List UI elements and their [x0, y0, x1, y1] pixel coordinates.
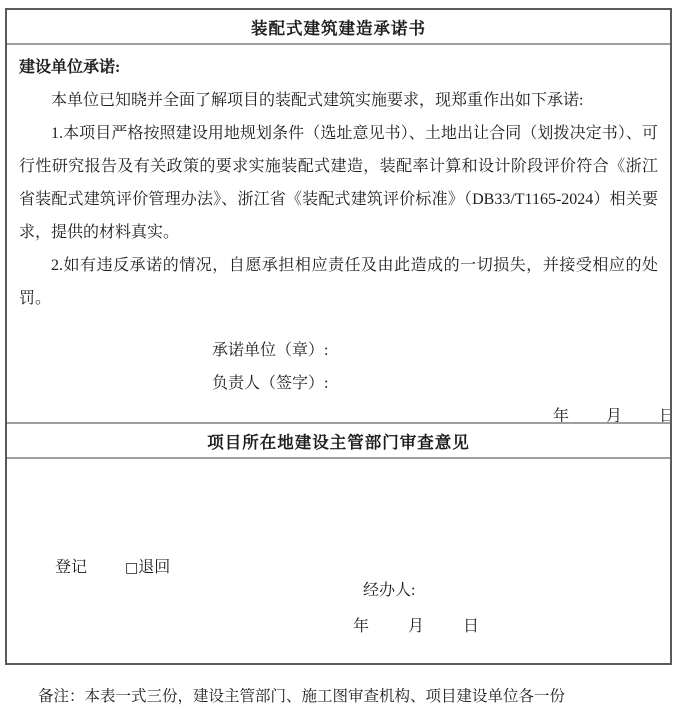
document-page: 装配式建筑建造承诺书 建设单位承诺: 本单位已知晓并全面了解项目的装配式建筑实施… [0, 0, 683, 720]
commitment-item-2: 2.如有违反承诺的情况，自愿承担相应责任及由此造成的一切损失，并接受相应的处罚。 [19, 249, 658, 315]
year-label: 年 [353, 615, 369, 639]
return-option: □退回 [125, 559, 170, 576]
footnote: 备注：本表一式三份，建设主管部门、施工图审查机构、项目建设单位各一份 [38, 686, 565, 708]
commitment-intro: 本单位已知晓并全面了解项目的装配式建筑实施要求，现郑重作出如下承诺: [19, 84, 658, 117]
commitment-date-line: 年 月 日 [212, 400, 658, 424]
month-label: 月 [408, 615, 424, 639]
signature-block: 承诺单位（章）: 负责人（签字）: 年 月 日 [19, 334, 658, 424]
review-section: 登记□退回 经办人: 年 月 日 [7, 459, 670, 663]
commitment-heading: 建设单位承诺: [19, 51, 658, 84]
register-label: 登记 [55, 559, 87, 576]
review-date-line: 年 月 日 [353, 615, 479, 639]
return-label: 退回 [138, 559, 170, 576]
month-label: 月 [606, 400, 622, 424]
commitment-form-table: 装配式建筑建造承诺书 建设单位承诺: 本单位已知晓并全面了解项目的装配式建筑实施… [5, 8, 672, 665]
year-label: 年 [553, 400, 569, 424]
register-return-line: 登记□退回 [55, 556, 170, 580]
review-section-heading: 项目所在地建设主管部门审查意见 [7, 424, 670, 459]
return-checkbox-icon: □ [125, 560, 138, 576]
signer-label: 负责人（签字）: [212, 367, 658, 400]
unit-seal-label: 承诺单位（章）: [212, 334, 658, 367]
day-label: 日 [659, 400, 670, 424]
commitment-section: 建设单位承诺: 本单位已知晓并全面了解项目的装配式建筑实施要求，现郑重作出如下承… [7, 45, 670, 424]
form-title: 装配式建筑建造承诺书 [7, 10, 670, 45]
handler-label: 经办人: [363, 579, 415, 603]
commitment-item-1: 1.本项目严格按照建设用地规划条件（选址意见书）、土地出让合同（划拨决定书）、可… [19, 117, 658, 249]
day-label: 日 [463, 615, 479, 639]
